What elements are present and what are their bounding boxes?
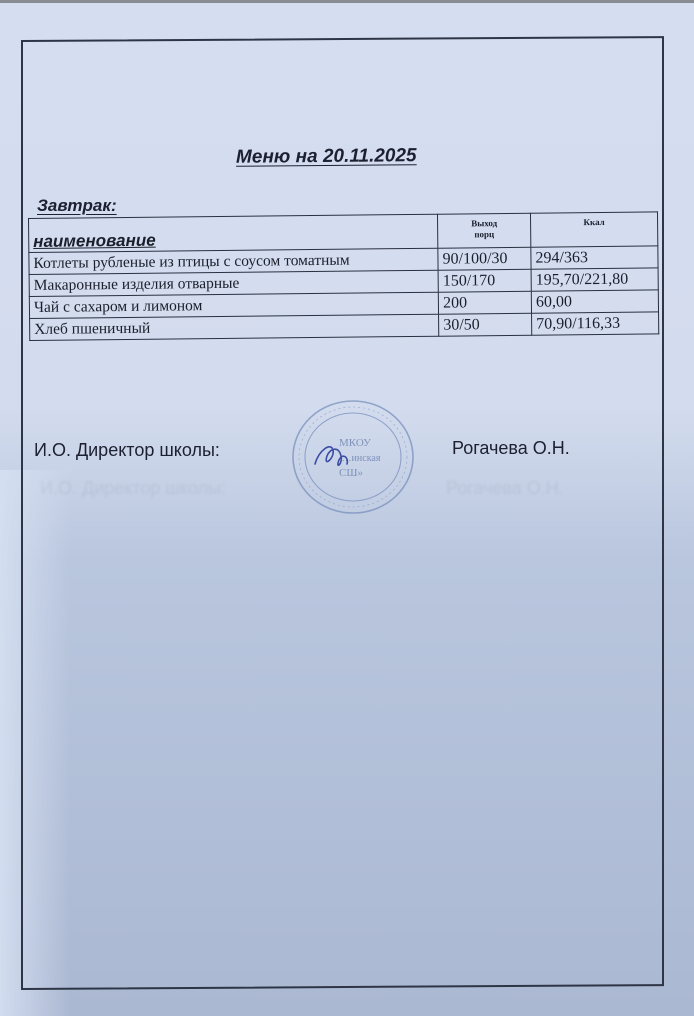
dish-yield: 30/50 <box>439 313 532 336</box>
meal-heading: Завтрак: <box>37 196 117 216</box>
dish-kcal: 60,00 <box>531 290 658 313</box>
dish-name: Хлеб пшеничный <box>30 314 439 340</box>
stamp-line1: МКОУ <box>339 437 371 449</box>
header-yield-line1: Выход <box>471 218 497 228</box>
dish-yield: 200 <box>438 291 531 314</box>
menu-title: Меню на 20.11.2025 <box>236 145 417 169</box>
menu-table: наименование Выход порц Ккал Котлеты руб… <box>28 211 659 341</box>
dish-kcal: 195,70/221,80 <box>531 268 658 291</box>
header-yield-line2: порц <box>474 229 494 239</box>
dish-yield: 150/170 <box>438 269 531 292</box>
dish-kcal: 70,90/116,33 <box>532 312 659 335</box>
header-yield: Выход порц <box>438 213 531 248</box>
bleed-through-label: И.О. Директор школы: <box>40 478 226 499</box>
dish-kcal: 294/363 <box>531 246 658 269</box>
school-stamp-icon: МКОУ …инская СШ» <box>289 398 417 516</box>
header-kcal: Ккал <box>531 212 658 247</box>
stamp-line3: СШ» <box>339 467 363 479</box>
director-name: Рогачева О.Н. <box>452 438 570 459</box>
bleed-through-name: Рогачева О.Н. <box>446 478 564 499</box>
dish-yield: 90/100/30 <box>438 247 531 270</box>
director-label: И.О. Директор школы: <box>34 440 220 461</box>
header-name: наименование <box>29 214 438 252</box>
